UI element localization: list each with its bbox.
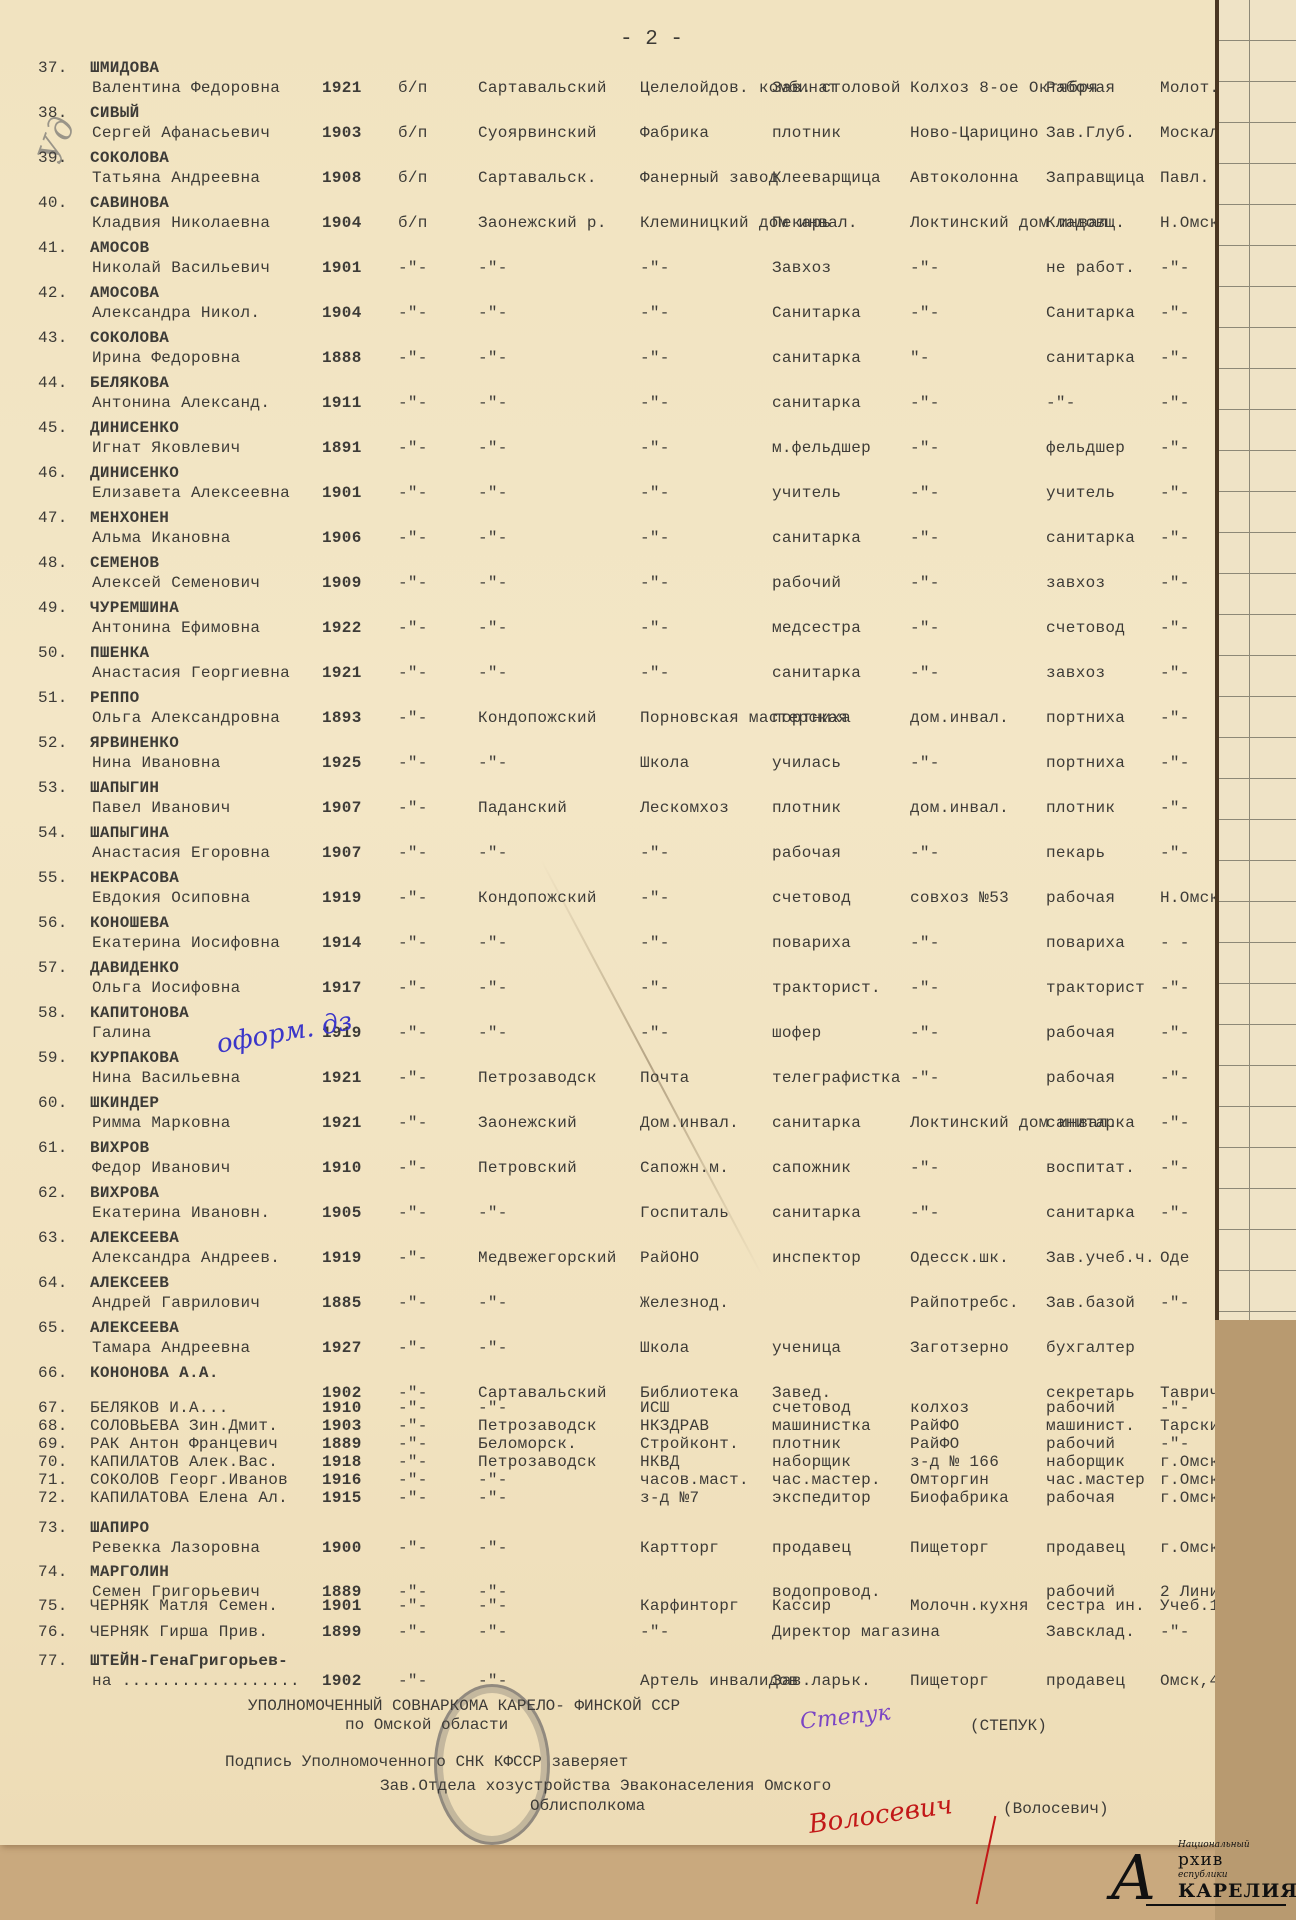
cell-addr: -"- <box>1160 483 1190 503</box>
cell-surname: ЧУРЕМШИНА <box>90 598 179 618</box>
cell-num: 37. <box>38 58 68 78</box>
cell-work2: -"- <box>910 303 940 323</box>
cell-party: -"- <box>398 1538 428 1558</box>
cell-addr: -"- <box>1160 1293 1190 1313</box>
footer-department: Зав.Отдела хозустройства Эваконаселения … <box>380 1777 831 1795</box>
cell-work2: з-д № 166 <box>910 1454 999 1471</box>
cell-district: Петровский <box>478 1158 577 1178</box>
cell-num: 69. <box>38 1436 68 1453</box>
cell-prof1: сапожник <box>772 1158 851 1178</box>
cell-num: 56. <box>38 913 68 933</box>
cell-addr: -"- <box>1160 1400 1190 1417</box>
cell-prof2: Зав.базой <box>1046 1293 1135 1313</box>
cell-surname: ШАПИРО <box>90 1518 149 1538</box>
cell-name: БЕЛЯКОВ И.А... <box>90 1400 229 1417</box>
cell-given: Екатерина Ивановн. <box>92 1203 270 1223</box>
cell-district: Заонежский р. <box>478 213 607 233</box>
cell-num: 38. <box>38 103 68 123</box>
cell-year: 1918 <box>322 1454 362 1471</box>
cell-surname: НЕКРАСОВА <box>90 868 179 888</box>
cell-surname: КОНОШЕВА <box>90 913 169 933</box>
cell-work1: -"- <box>640 843 670 863</box>
cell-given: Ревекка Лазоровна <box>92 1538 260 1558</box>
cell-prof2: Рабочая <box>1046 78 1115 98</box>
cell-prof2: тракторист <box>1046 978 1145 998</box>
cell-work2: Молочн.кухня <box>910 1596 1029 1616</box>
cell-prof2: час.мастер <box>1046 1472 1145 1489</box>
cell-party: -"- <box>398 843 428 863</box>
cell-prof1: повариха <box>772 933 851 953</box>
signer-volosevich: (Волосевич) <box>1003 1800 1109 1818</box>
cell-name: РАК Антон Францевич <box>90 1436 278 1453</box>
cell-num: 64. <box>38 1273 68 1293</box>
cell-prof2: сестра ин. <box>1046 1596 1145 1616</box>
cell-work2: -"- <box>910 528 940 548</box>
cell-work1: -"- <box>640 528 670 548</box>
cell-prof2: санитарка <box>1046 348 1135 368</box>
cell-district: Заонежский <box>478 1113 577 1133</box>
cell-work2: -"- <box>910 978 940 998</box>
cell-num: 75. <box>38 1596 68 1616</box>
cell-prof1: Санитарка <box>772 303 861 323</box>
cell-surname: РЕППО <box>90 688 140 708</box>
cell-year: 1911 <box>322 393 362 413</box>
cell-num: 54. <box>38 823 68 843</box>
cell-given: Анастасия Георгиевна <box>92 663 290 683</box>
cell-num: 71. <box>38 1472 68 1489</box>
cell-given: Александра Никол. <box>92 303 260 323</box>
cell-prof2: рабочая <box>1046 888 1115 908</box>
cell-year: 1906 <box>322 528 362 548</box>
cell-work2: -"- <box>910 1068 940 1088</box>
cell-party: б/п <box>398 78 428 98</box>
cell-num: 41. <box>38 238 68 258</box>
cell-given: Сергей Афанасьевич <box>92 123 270 143</box>
document-page: - 2 - Уд 37.ШМИДОВАВалентина Федоровна19… <box>0 0 1215 1845</box>
cell-name: ЧЕРНЯК Матля Семен. <box>90 1596 278 1616</box>
cell-party: -"- <box>398 348 428 368</box>
cell-work2: РайФО <box>910 1436 960 1453</box>
cell-surname: ШКИНДЕР <box>90 1093 159 1113</box>
cell-work2: Биофабрика <box>910 1490 1009 1507</box>
cell-party: -"- <box>398 1158 428 1178</box>
cell-prof2: бухгалтер <box>1046 1338 1135 1358</box>
cell-prof2: рабочая <box>1046 1068 1115 1088</box>
cell-prof2: пекарь <box>1046 843 1105 863</box>
cell-work2: РайФО <box>910 1418 960 1435</box>
cell-addr: -"- <box>1160 1622 1190 1642</box>
cell-year: 1921 <box>322 1113 362 1133</box>
cell-num: 70. <box>38 1454 68 1471</box>
cell-year: 1901 <box>322 258 362 278</box>
cell-year: 1915 <box>322 1490 362 1507</box>
cell-work1: Фанерный завод <box>640 168 779 188</box>
cell-party: -"- <box>398 1023 428 1043</box>
cell-addr: -"- <box>1160 798 1190 818</box>
cell-given: Николай Васильевич <box>92 258 270 278</box>
cell-prof1: санитарка <box>772 393 861 413</box>
cell-num: 60. <box>38 1093 68 1113</box>
cell-name: КАПИЛАТОВА Елена Ал. <box>90 1490 288 1507</box>
cell-given: Федор Иванович <box>92 1158 231 1178</box>
cell-surname: АМОСОВА <box>90 283 159 303</box>
cell-district: -"- <box>478 1023 508 1043</box>
footer-title: УПОЛНОМОЧЕННЫЙ СОВНАРКОМА КАРЕЛО- ФИНСКО… <box>248 1697 680 1715</box>
cell-prof1: счетовод <box>772 1400 851 1417</box>
cell-addr: -"- <box>1160 618 1190 638</box>
cell-given: Анастасия Егоровна <box>92 843 270 863</box>
cell-year: 1885 <box>322 1293 362 1313</box>
cell-prof2: наборщик <box>1046 1454 1125 1471</box>
cell-district: -"- <box>478 393 508 413</box>
cell-num: 46. <box>38 463 68 483</box>
cell-district: -"- <box>478 1400 508 1417</box>
cell-work2: -"- <box>910 933 940 953</box>
cell-work1: -"- <box>640 393 670 413</box>
cell-year: 1904 <box>322 213 362 233</box>
cell-district: Медвежегорский <box>478 1248 617 1268</box>
cell-work1: РайОНО <box>640 1248 699 1268</box>
cell-district: -"- <box>478 438 508 458</box>
cell-work1: -"- <box>640 1023 670 1043</box>
cell-work1: -"- <box>640 1622 670 1642</box>
cell-addr: -"- <box>1160 1023 1190 1043</box>
cell-year: 1891 <box>322 438 362 458</box>
watermark-line3: еспублики <box>1178 1870 1228 1880</box>
cell-year: 1922 <box>322 618 362 638</box>
cell-surname: ШАПЫГИНА <box>90 823 169 843</box>
cell-prof1: телеграфистка <box>772 1068 901 1088</box>
cell-district: -"- <box>478 1293 508 1313</box>
watermark-line1: Национальный <box>1178 1840 1250 1850</box>
cell-addr: -"- <box>1160 303 1190 323</box>
cell-given: Тамара Андреевна <box>92 1338 250 1358</box>
cell-num: 47. <box>38 508 68 528</box>
cell-addr: -"- <box>1160 1068 1190 1088</box>
cell-num: 43. <box>38 328 68 348</box>
cell-given: Александра Андреев. <box>92 1248 280 1268</box>
cell-num: 51. <box>38 688 68 708</box>
cell-party: -"- <box>398 798 428 818</box>
cell-district: -"- <box>478 1472 508 1489</box>
cell-given: Нина Васильевна <box>92 1068 241 1088</box>
cell-district: -"- <box>478 933 508 953</box>
cell-work1: Карфинторг <box>640 1596 739 1616</box>
cell-addr: г.Омск <box>1160 1490 1219 1507</box>
cell-prof2: санитарка <box>1046 1113 1135 1133</box>
archive-watermark-logo: А Национальный рхив еспублики КАРЕЛИЯ <box>1110 1840 1296 1920</box>
watermark-line4: КАРЕЛИЯ <box>1178 1880 1296 1902</box>
cell-num: 62. <box>38 1183 68 1203</box>
cell-addr: г.Омск <box>1160 1472 1219 1489</box>
cell-num: 67. <box>38 1400 68 1417</box>
cell-year: 1905 <box>322 1203 362 1223</box>
cell-party: -"- <box>398 708 428 728</box>
watermark-monogram-icon: А <box>1110 1848 1157 1908</box>
cell-year: 1901 <box>322 1596 362 1616</box>
cell-addr: -"- <box>1160 708 1190 728</box>
cell-party: -"- <box>398 1068 428 1088</box>
cell-prof2: -"- <box>1046 393 1076 413</box>
cell-district: -"- <box>478 618 508 638</box>
cell-num: 44. <box>38 373 68 393</box>
cell-given: Андрей Гаврилович <box>92 1293 260 1313</box>
cell-prof2: портниха <box>1046 708 1125 728</box>
cell-prof2: Зав.учеб.ч. <box>1046 1248 1155 1268</box>
cell-num: 59. <box>38 1048 68 1068</box>
cell-surname: СЕМЕНОВ <box>90 553 159 573</box>
cell-surname: БЕЛЯКОВА <box>90 373 169 393</box>
cell-party: -"- <box>398 1454 428 1471</box>
cell-party: -"- <box>398 1671 428 1691</box>
cell-district: -"- <box>478 843 508 863</box>
cell-given: Римма Марковна <box>92 1113 231 1133</box>
cell-party: -"- <box>398 1293 428 1313</box>
cell-prof1: плотник <box>772 1436 841 1453</box>
cell-prof1: ученица <box>772 1338 841 1358</box>
cell-num: 61. <box>38 1138 68 1158</box>
footer-certify: Подпись Уполномоченного СНК КФССР заверя… <box>225 1753 628 1771</box>
cell-prof1: медсестра <box>772 618 861 638</box>
cell-work1: Школа <box>640 1338 690 1358</box>
cell-given: Евдокия Осиповна <box>92 888 250 908</box>
cell-work2: -"- <box>910 1158 940 1178</box>
cell-prof2: повариха <box>1046 933 1125 953</box>
cell-year: 1903 <box>322 1418 362 1435</box>
cell-prof1: учитель <box>772 483 841 503</box>
cell-district: -"- <box>478 303 508 323</box>
cell-district: Петрозаводск <box>478 1418 597 1435</box>
cell-given: Игнат Яковлевич <box>92 438 241 458</box>
cell-year: 1919 <box>322 1248 362 1268</box>
cell-addr: -"- <box>1160 258 1190 278</box>
cell-year: 1916 <box>322 1472 362 1489</box>
cell-surname: ВИХРОВА <box>90 1183 159 1203</box>
cell-given: Алексей Семенович <box>92 573 260 593</box>
cell-party: -"- <box>398 1622 428 1642</box>
cell-surname: МЕНХОНЕН <box>90 508 169 528</box>
cell-given: Кладвия Николаевна <box>92 213 270 233</box>
watermark-quill-icon <box>1146 1904 1286 1906</box>
cell-district: -"- <box>478 528 508 548</box>
cell-prof1: санитарка <box>772 663 861 683</box>
cell-party: -"- <box>398 258 428 278</box>
cell-prof1: наборщик <box>772 1454 851 1471</box>
cell-year: 1901 <box>322 483 362 503</box>
cell-num: 42. <box>38 283 68 303</box>
cell-prof2: портниха <box>1046 753 1125 773</box>
cell-year: 1904 <box>322 303 362 323</box>
handwritten-note: оформ. дз <box>214 1006 354 1059</box>
cell-year: 1889 <box>322 1436 362 1453</box>
cell-given: Галина <box>92 1023 151 1043</box>
cell-prof1: плотник <box>772 123 841 143</box>
cell-district: -"- <box>478 1538 508 1558</box>
cell-year: 1903 <box>322 123 362 143</box>
cell-prof2: плотник <box>1046 798 1115 818</box>
cell-work2: колхоз <box>910 1400 969 1417</box>
cell-year: 1907 <box>322 843 362 863</box>
cell-given: Ольга Иосифовна <box>92 978 241 998</box>
cell-prof1: тракторист. <box>772 978 881 998</box>
cell-prof1: Клееварщица <box>772 168 881 188</box>
cell-given: Елизавета Алексеевна <box>92 483 290 503</box>
cell-work1: -"- <box>640 933 670 953</box>
cell-district: Беломорск. <box>478 1436 577 1453</box>
cell-district: -"- <box>478 483 508 503</box>
cell-prof2: фельдшер <box>1046 438 1125 458</box>
cell-year: 1921 <box>322 1068 362 1088</box>
cell-name: СОКОЛОВ Георг.Иванов <box>90 1472 288 1489</box>
cell-prof1: санитарка <box>772 348 861 368</box>
cell-prof1: рабочая <box>772 843 841 863</box>
cell-given: на .................. <box>92 1671 300 1691</box>
cell-surname: АЛЕКСЕЕВА <box>90 1228 179 1248</box>
cell-work2: -"- <box>910 843 940 863</box>
cell-party: -"- <box>398 1203 428 1223</box>
cell-name: СОЛОВЬЕВА Зин.Дмит. <box>90 1418 278 1435</box>
cell-prof2: санитарка <box>1046 1203 1135 1223</box>
cell-prof1: Зав.ларьк. <box>772 1671 871 1691</box>
cell-year: 1910 <box>322 1400 362 1417</box>
cell-work1: Школа <box>640 753 690 773</box>
cell-party: -"- <box>398 483 428 503</box>
cell-work2: -"- <box>910 1023 940 1043</box>
cell-given: Павел Иванович <box>92 798 231 818</box>
cell-prof1: м.фельдшер <box>772 438 871 458</box>
cell-prof2: не работ. <box>1046 258 1135 278</box>
cell-work1: Фабрика <box>640 123 709 143</box>
cell-addr: -"- <box>1160 393 1190 413</box>
cell-addr: -"- <box>1160 843 1190 863</box>
cell-work1: Госпиталь <box>640 1203 729 1223</box>
cell-party: б/п <box>398 123 428 143</box>
cell-num: 66. <box>38 1363 68 1383</box>
cell-num: 55. <box>38 868 68 888</box>
cell-surname: ВИХРОВ <box>90 1138 149 1158</box>
cell-work1: -"- <box>640 663 670 683</box>
cell-year: 1900 <box>322 1538 362 1558</box>
cell-prof2: Заправщица <box>1046 168 1145 188</box>
cell-prof1: машинистка <box>772 1418 871 1435</box>
cell-district: -"- <box>478 573 508 593</box>
cell-prof2: продавец <box>1046 1538 1125 1558</box>
cell-party: -"- <box>398 438 428 458</box>
cell-prof2: Кладовщ. <box>1046 213 1125 233</box>
cell-num: 49. <box>38 598 68 618</box>
cell-surname: МАРГОЛИН <box>90 1562 169 1582</box>
cell-party: -"- <box>398 303 428 323</box>
cell-party: -"- <box>398 1472 428 1489</box>
cell-prof2: продавец <box>1046 1671 1125 1691</box>
cell-surname: АЛЕКСЕЕВ <box>90 1273 169 1293</box>
cell-party: -"- <box>398 1490 428 1507</box>
cell-work1: -"- <box>640 438 670 458</box>
cell-prof1: плотник <box>772 798 841 818</box>
cell-surname: КАПИТОНОВА <box>90 1003 189 1023</box>
cell-prof1: училась <box>772 753 841 773</box>
cell-party: -"- <box>398 618 428 638</box>
signer-stepuk: (СТЕПУК) <box>970 1717 1047 1735</box>
cell-work1: Дом.инвал. <box>640 1113 739 1133</box>
cell-prof1: счетовод <box>772 888 851 908</box>
cell-party: б/п <box>398 168 428 188</box>
cell-addr: -"- <box>1160 753 1190 773</box>
cell-district: Паданский <box>478 798 567 818</box>
cell-addr: -"- <box>1160 438 1190 458</box>
cell-given: Нина Ивановна <box>92 753 221 773</box>
cell-prof2: рабочая <box>1046 1490 1115 1507</box>
cell-work2: Пищеторг <box>910 1538 989 1558</box>
cell-prof1: санитарка <box>772 1203 861 1223</box>
signature-volosevich: Волосевич <box>807 1790 955 1840</box>
cell-num: 68. <box>38 1418 68 1435</box>
cell-work2: -"- <box>910 753 940 773</box>
cell-addr: Н.Омск <box>1160 888 1219 908</box>
cell-district: -"- <box>478 1622 508 1642</box>
cell-district: -"- <box>478 753 508 773</box>
cell-addr: -"- <box>1160 978 1190 998</box>
cell-num: 76. <box>38 1622 68 1642</box>
cell-name: ЧЕРНЯК Гирша Прив. <box>90 1622 268 1642</box>
cell-prof2: санитарка <box>1046 528 1135 548</box>
cell-party: -"- <box>398 1113 428 1133</box>
cell-year: 1914 <box>322 933 362 953</box>
cell-prof2: машинист. <box>1046 1418 1135 1435</box>
cell-work2: Омторгин <box>910 1472 989 1489</box>
cell-district: -"- <box>478 663 508 683</box>
cell-work1: -"- <box>640 888 670 908</box>
cell-addr: - - <box>1160 933 1190 953</box>
cell-party: -"- <box>398 978 428 998</box>
cell-year: 1893 <box>322 708 362 728</box>
cell-work1: Лескомхоз <box>640 798 729 818</box>
cell-year: 1909 <box>322 573 362 593</box>
cell-num: 53. <box>38 778 68 798</box>
cell-given: Ирина Федоровна <box>92 348 241 368</box>
cell-party: -"- <box>398 1400 428 1417</box>
cell-addr: Оде <box>1160 1248 1190 1268</box>
cell-district: -"- <box>478 978 508 998</box>
cell-addr: -"- <box>1160 1203 1190 1223</box>
cell-work2: Одесск.шк. <box>910 1248 1009 1268</box>
cell-party: -"- <box>398 1248 428 1268</box>
cell-addr: -"- <box>1160 573 1190 593</box>
cell-prof1: продавец <box>772 1538 851 1558</box>
cell-num: 48. <box>38 553 68 573</box>
cell-work1: часов.маст. <box>640 1472 749 1489</box>
cell-given: Валентина Федоровна <box>92 78 280 98</box>
cell-work1: -"- <box>640 573 670 593</box>
cell-district: -"- <box>478 258 508 278</box>
cell-party: -"- <box>398 663 428 683</box>
folder-backing <box>1215 1320 1296 1920</box>
cell-prof2: завхоз <box>1046 573 1105 593</box>
cell-num: 52. <box>38 733 68 753</box>
cell-year: 1921 <box>322 663 362 683</box>
cell-district: Петрозаводск <box>478 1068 597 1088</box>
cell-year: 1919 <box>322 888 362 908</box>
cell-work2: "- <box>910 348 930 368</box>
cell-district: Кондопожский <box>478 888 597 908</box>
cell-work1: Картторг <box>640 1538 719 1558</box>
cell-district: -"- <box>478 1490 508 1507</box>
cell-num: 40. <box>38 193 68 213</box>
cell-given: Ольга Александровна <box>92 708 280 728</box>
cell-work2: -"- <box>910 483 940 503</box>
cell-addr: -"- <box>1160 1113 1190 1133</box>
cell-surname: СОКОЛОВА <box>90 148 169 168</box>
